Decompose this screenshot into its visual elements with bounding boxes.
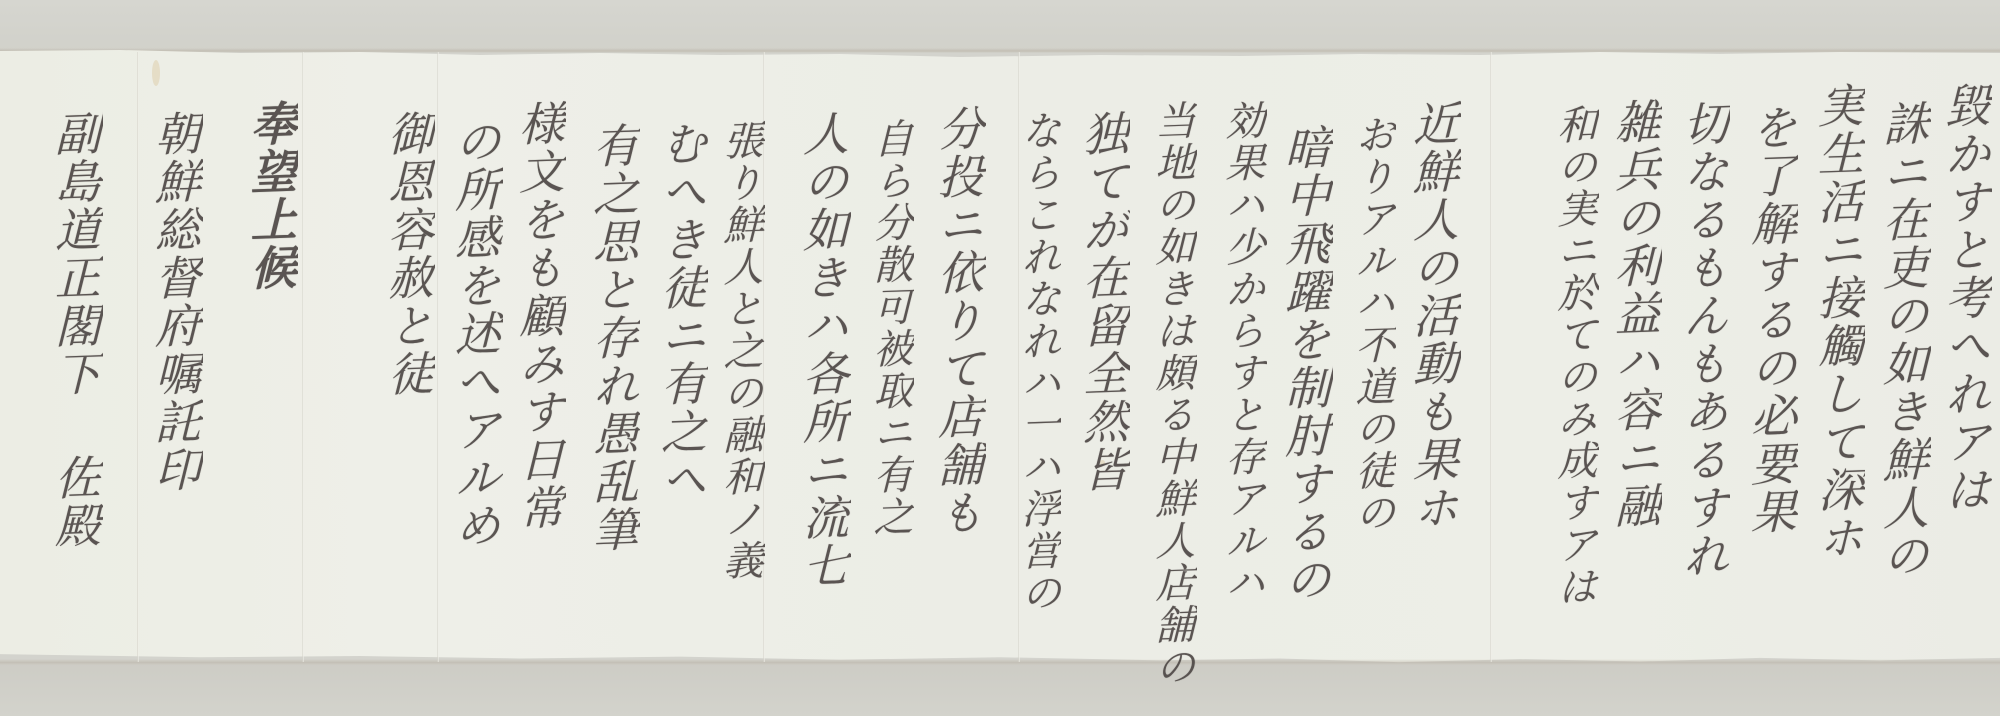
letter-column-3: 実生活ニ接觸して深ホ — [1815, 81, 1861, 563]
letter-column-11: 効果ハ少からすと存アルハ — [1222, 99, 1262, 604]
letter-column-18: 張り鮮人と之の融和ノ義 — [720, 119, 760, 582]
paper-stain — [152, 60, 160, 86]
letter-column-13: 独てが在留全然皆 — [1080, 109, 1126, 495]
paper-top-edge — [0, 48, 2000, 53]
letter-column-9: おりアルハ不道の徒の — [1352, 113, 1392, 534]
letter-column-20: 有之思と存れ愚乱筆 — [590, 121, 636, 555]
letter-column-6: 雑兵の利益ハ容ニ融 — [1612, 97, 1658, 531]
letter-column-5: 切なるもんもあるすれ — [1680, 99, 1726, 581]
letter-column-22: の所感を述へアルめ — [452, 117, 498, 551]
background-top — [0, 0, 2000, 52]
letter-column-21: 様文をも顧みす日常 — [516, 99, 562, 533]
letter-column-2: 誅ニ在吏の如き鮮人の — [1880, 99, 1926, 581]
letter-column-16: 自ら分散可被取ニ有之 — [870, 117, 910, 538]
letter-column-1: 毀かすと考へれアは — [1942, 81, 1988, 515]
letter-column-23: 御恩容赦と徒 — [385, 109, 431, 399]
letter-column-25: 朝鮮総督府嘱託印 — [152, 109, 198, 495]
fold-line — [302, 52, 304, 662]
background-bottom — [0, 662, 2000, 716]
letter-column-10: 暗中飛躍を制肘するの — [1282, 123, 1328, 605]
fold-line — [1490, 52, 1492, 662]
fold-line — [437, 52, 439, 662]
letter-column-15: 分投ニ依りて店舗も — [935, 104, 981, 538]
letter-column-12: 当地の如きは頗る中鮮人店舗の — [1152, 99, 1192, 688]
letter-column-8: 近鮮人の活動も果ホ — [1410, 99, 1456, 533]
letter-column-14: ならこれなれハ一ハ浮営の — [1018, 109, 1058, 614]
letter-column-4: を了解するの必要果 — [1748, 103, 1794, 537]
letter-column-19: むへき徒ニ有之ヘ — [658, 119, 704, 505]
fold-line — [137, 52, 139, 662]
paper-bottom-edge — [0, 659, 2000, 665]
letter-column-26: 副島道正閣下 佐殿 — [52, 109, 98, 551]
letter-column-7: 和の実ニ於てのみ成すアは — [1554, 103, 1594, 608]
letter-column-24: 奉望上候 — [248, 99, 294, 293]
letter-column-17: 人の如きハ各所ニ流七 — [800, 109, 846, 591]
fold-line — [763, 52, 765, 662]
